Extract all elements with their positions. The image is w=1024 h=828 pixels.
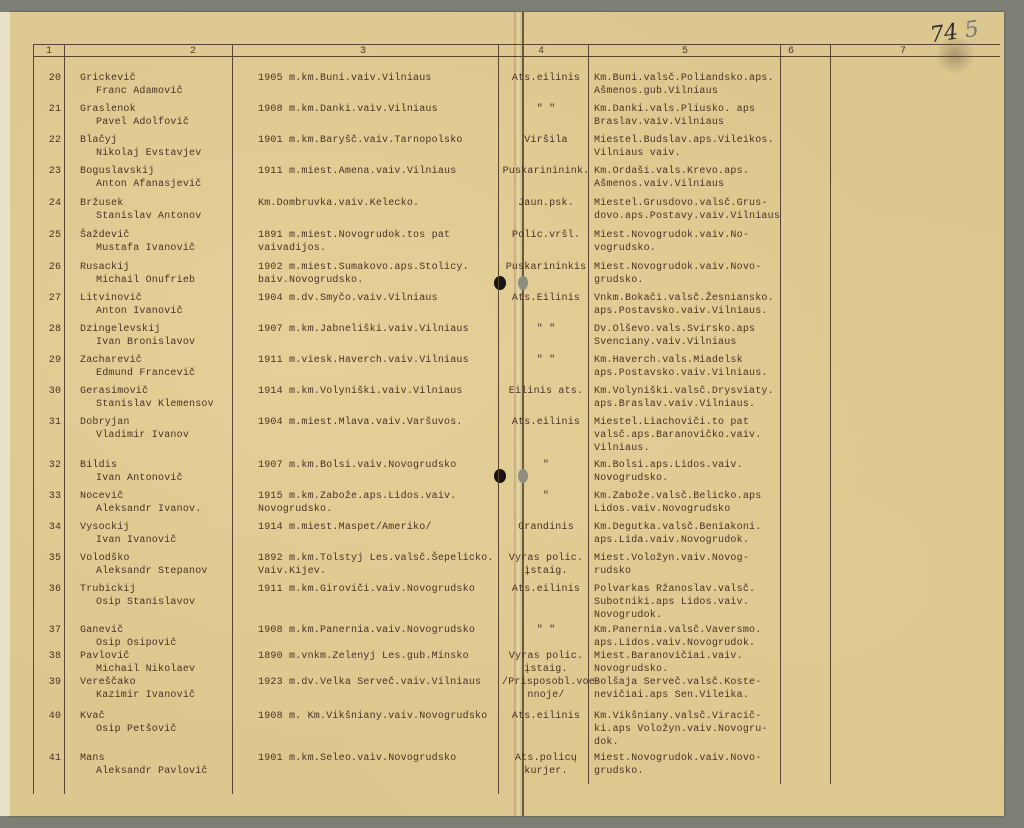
surname: Grickevič	[80, 72, 136, 85]
residence: Miestel.Grusdovo.valsč.Grus-dovo.aps.Pos…	[594, 197, 784, 223]
rank-occupation: Polic.vršl.	[502, 229, 590, 242]
birth-info: 1902 m.miest.Sumakovo.aps.Stolicy. baiv.…	[258, 261, 508, 287]
given-name: Osip Osipovič	[96, 637, 177, 650]
surname: Zacharevič	[80, 354, 142, 367]
column-divider	[232, 44, 233, 794]
given-name: Osip Petšovič	[96, 723, 177, 736]
rank-occupation: " "	[502, 624, 590, 637]
surname: Bildis	[80, 459, 117, 472]
row-number: 21	[40, 103, 70, 116]
rank-occupation: Ats.policų kurjer.	[502, 752, 590, 778]
rank-occupation: Ats.eilinis	[502, 72, 590, 85]
given-name: Osip Stanislavov	[96, 596, 195, 609]
surname: Litvinovič	[80, 292, 142, 305]
column-header-5: 5	[682, 46, 688, 57]
rank-occupation: Ats.Eilinis	[502, 292, 590, 305]
given-name: Stanislav Antonov	[96, 210, 201, 223]
row-number: 37	[40, 624, 70, 637]
residence: Miest.Novogrudok.vaiv.No-vogrudsko.	[594, 229, 784, 255]
given-name: Ivan Ivanovič	[96, 534, 177, 547]
given-name: Kazimir Ivanovič	[96, 689, 195, 702]
column-header-4: 4	[538, 46, 544, 57]
residence: Miest.Novogrudok.vaiv.Novo-grudsko.	[594, 752, 784, 778]
birth-info: 1911 m.viesk.Haverch.vaiv.Vilniaus	[258, 354, 508, 367]
birth-info: 1892 m.km.Tolstyj Les.valsč.Šepelicko. V…	[258, 552, 508, 578]
surname: Vereščako	[80, 676, 136, 689]
given-name: Ivan Antonovič	[96, 472, 183, 485]
table-header-rule	[33, 56, 1000, 57]
given-name: Aleksandr Stepanov	[96, 565, 208, 578]
row-number: 31	[40, 416, 70, 429]
given-name: Vladimir Ivanov	[96, 429, 189, 442]
column-header-3: 3	[360, 46, 366, 57]
birth-info: 1908 m.km.Danki.vaiv.Vilniaus	[258, 103, 508, 116]
row-number: 22	[40, 134, 70, 147]
residence: Miestel.Budslav.aps.Vileikos. Vilniaus v…	[594, 134, 784, 160]
birth-info: 1901 m.km.Seleo.vaiv.Novogrudsko	[258, 752, 508, 765]
residence: Bolšaja Serveč.valsč.Koste-nevičiai.aps …	[594, 676, 784, 702]
rank-occupation: " "	[502, 354, 590, 367]
row-number: 39	[40, 676, 70, 689]
rank-occupation: Eilinis ats.	[502, 385, 590, 398]
surname: Dzingelevskij	[80, 323, 161, 336]
surname: Graslenok	[80, 103, 136, 116]
surname: Ganevič	[80, 624, 123, 637]
given-name: Nikolaj Evstavjev	[96, 147, 201, 160]
birth-info: 1891 m.miest.Novogrudok.tos pat vaivadij…	[258, 229, 508, 255]
rank-occupation: Puskarininink.	[502, 165, 590, 178]
surname: Kvač	[80, 710, 105, 723]
column-header-2: 2	[190, 46, 196, 57]
row-number: 24	[40, 197, 70, 210]
rank-occupation: Vyras polic. įstaig.	[502, 650, 590, 676]
residence: Km.Zabože.valsč.Belicko.aps Lidos.vaiv.N…	[594, 490, 784, 516]
rank-occupation: Grandinis	[502, 521, 590, 534]
rank-occupation: Viršila	[502, 134, 590, 147]
surname: Mans	[80, 752, 105, 765]
rank-occupation: " "	[502, 103, 590, 116]
birth-info: 1908 m.km.Panernia.vaiv.Novogrudsko	[258, 624, 508, 637]
residence: Miestel.Liachoviči.to pat valsč.aps.Bara…	[594, 416, 784, 455]
residence: Polvarkas Ržanoslav.valsč. Subotniki.aps…	[594, 583, 784, 622]
row-number: 30	[40, 385, 70, 398]
birth-info: 1890 m.vnkm.Zelenyj Les.gub.Minsko	[258, 650, 508, 663]
birth-info: 1907 m.km.Bolsi.vaiv.Novogrudsko	[258, 459, 508, 472]
given-name: Aleksandr Pavlovič	[96, 765, 208, 778]
row-number: 33	[40, 490, 70, 503]
birth-info: 1915 m.km.Zabože.aps.Lidos.vaiv. Novogru…	[258, 490, 508, 516]
given-name: Michail Onufrieb	[96, 274, 195, 287]
row-number: 40	[40, 710, 70, 723]
given-name: Aleksandr Ivanov.	[96, 503, 201, 516]
surname: Dobryjan	[80, 416, 130, 429]
given-name: Anton Afanasjevič	[96, 178, 201, 191]
row-number: 25	[40, 229, 70, 242]
row-number: 26	[40, 261, 70, 274]
birth-info: 1907 m.km.Jabneliški.vaiv.Vilniaus	[258, 323, 508, 336]
birth-info: 1901 m.km.Baryšč.vaiv.Tarnopolsko	[258, 134, 508, 147]
rank-occupation: Vyras polic. įstaig.	[502, 552, 590, 578]
given-name: Ivan Bronislavov	[96, 336, 195, 349]
given-name: Franc Adamovič	[96, 85, 183, 98]
row-number: 29	[40, 354, 70, 367]
surname: Rusackij	[80, 261, 130, 274]
rank-occupation: Ats.eilinis	[502, 583, 590, 596]
residence: Km.Bolsi.aps.Lidos.vaiv. Novogrudsko.	[594, 459, 784, 485]
rank-occupation: Ats.eilinis	[502, 416, 590, 429]
residence: Miest.Voložyn.vaiv.Novog-rudsko	[594, 552, 784, 578]
birth-info: 1914 m.km.Volyniški.vaiv.Vilniaus	[258, 385, 508, 398]
rank-occupation: Ats.eilinis	[502, 710, 590, 723]
birth-info: 1911 m.miest.Amena.vaiv.Vilniaus	[258, 165, 508, 178]
row-number: 41	[40, 752, 70, 765]
birth-info: 1905 m.km.Buni.vaiv.Vilniaus	[258, 72, 508, 85]
rank-occupation: " "	[502, 323, 590, 336]
rank-occupation: Puskarininkis	[502, 261, 590, 274]
residence: Vnkm.Bokači.valsč.Žesniansko. aps.Postav…	[594, 292, 784, 318]
given-name: Stanislav Klemensov	[96, 398, 214, 411]
rank-occupation: Jaun.psk.	[502, 197, 590, 210]
surname: Šaždevič	[80, 229, 130, 242]
rank-occupation: "	[502, 490, 590, 503]
row-number: 23	[40, 165, 70, 178]
column-divider	[33, 44, 34, 794]
row-number: 34	[40, 521, 70, 534]
surname: Bržusek	[80, 197, 123, 210]
given-name: Anton Ivanovič	[96, 305, 183, 318]
residence: Km.Ordaši.vals.Krevo.aps. Ašmenos.vaiv.V…	[594, 165, 784, 191]
rank-occupation: "	[502, 459, 590, 472]
residence: Dv.Olševo.vals.Svirsko.aps Svenciany.vai…	[594, 323, 784, 349]
residence: Miest.Novogrudok.vaiv.Novo-grudsko.	[594, 261, 784, 287]
residence: Km.Haverch.vals.Miadelsk aps.Postavsko.v…	[594, 354, 784, 380]
residence: Km.Volyniški.valsč.Drysviaty. aps.Brasla…	[594, 385, 784, 411]
surname: Boguslavskij	[80, 165, 154, 178]
row-number: 35	[40, 552, 70, 565]
residence: Km.Vikšniany.valsč.Viracič-ki.aps Voložy…	[594, 710, 784, 749]
row-number: 36	[40, 583, 70, 596]
birth-info: Km.Dombruvka.vaiv.Kelecko.	[258, 197, 508, 210]
residence: Km.Buni.valsč.Poliandsko.aps. Ašmenos.gu…	[594, 72, 784, 98]
given-name: Michail Nikolaev	[96, 663, 195, 676]
birth-info: 1914 m.miest.Maspet/Ameriko/	[258, 521, 508, 534]
given-name: Pavel Adolfovič	[96, 116, 189, 129]
row-number: 32	[40, 459, 70, 472]
given-name: Edmund Francevič	[96, 367, 195, 380]
page-edge	[0, 12, 10, 816]
birth-info: 1923 m.dv.Velka Serveč.vaiv.Vilniaus	[258, 676, 508, 689]
residence: Km.Danki.vals.Pliusko. aps Braslav.vaiv.…	[594, 103, 784, 129]
table-top-rule	[33, 44, 1000, 45]
row-number: 38	[40, 650, 70, 663]
column-header-1: 1	[46, 46, 52, 57]
given-name: Mustafa Ivanovič	[96, 242, 195, 255]
surname: Pavlovič	[80, 650, 130, 663]
punch-hole-icon	[518, 276, 528, 290]
surname: Gerasimovič	[80, 385, 148, 398]
birth-info: 1908 m. Km.Vikšniany.vaiv.Novogrudsko	[258, 710, 508, 723]
surname: Nocevič	[80, 490, 123, 503]
residence: Miest.Baranovičiai.vaiv. Novogrudsko.	[594, 650, 784, 676]
row-number: 28	[40, 323, 70, 336]
surname: Volodško	[80, 552, 130, 565]
birth-info: 1911 m.km.Giroviči.vaiv.Novogrudsko	[258, 583, 508, 596]
rank-occupation: /Prisposobl.voe-nnoje/	[502, 676, 590, 702]
residence: Km.Degutka.valsč.Beniakoni. aps.Lida.vai…	[594, 521, 784, 547]
surname: Vysockij	[80, 521, 130, 534]
column-header-6: 6	[788, 46, 794, 57]
birth-info: 1904 m.miest.Mlava.vaiv.Varšuvos.	[258, 416, 508, 429]
residence: Km.Panernia.valsč.Vaversmo. aps.Lidos.va…	[594, 624, 784, 650]
surname: Trubickij	[80, 583, 136, 596]
column-header-7: 7	[900, 46, 906, 57]
row-number: 27	[40, 292, 70, 305]
column-divider	[830, 44, 831, 784]
birth-info: 1904 m.dv.Smyčo.vaiv.Vilniaus	[258, 292, 508, 305]
surname: Blačyj	[80, 134, 117, 147]
row-number: 20	[40, 72, 70, 85]
